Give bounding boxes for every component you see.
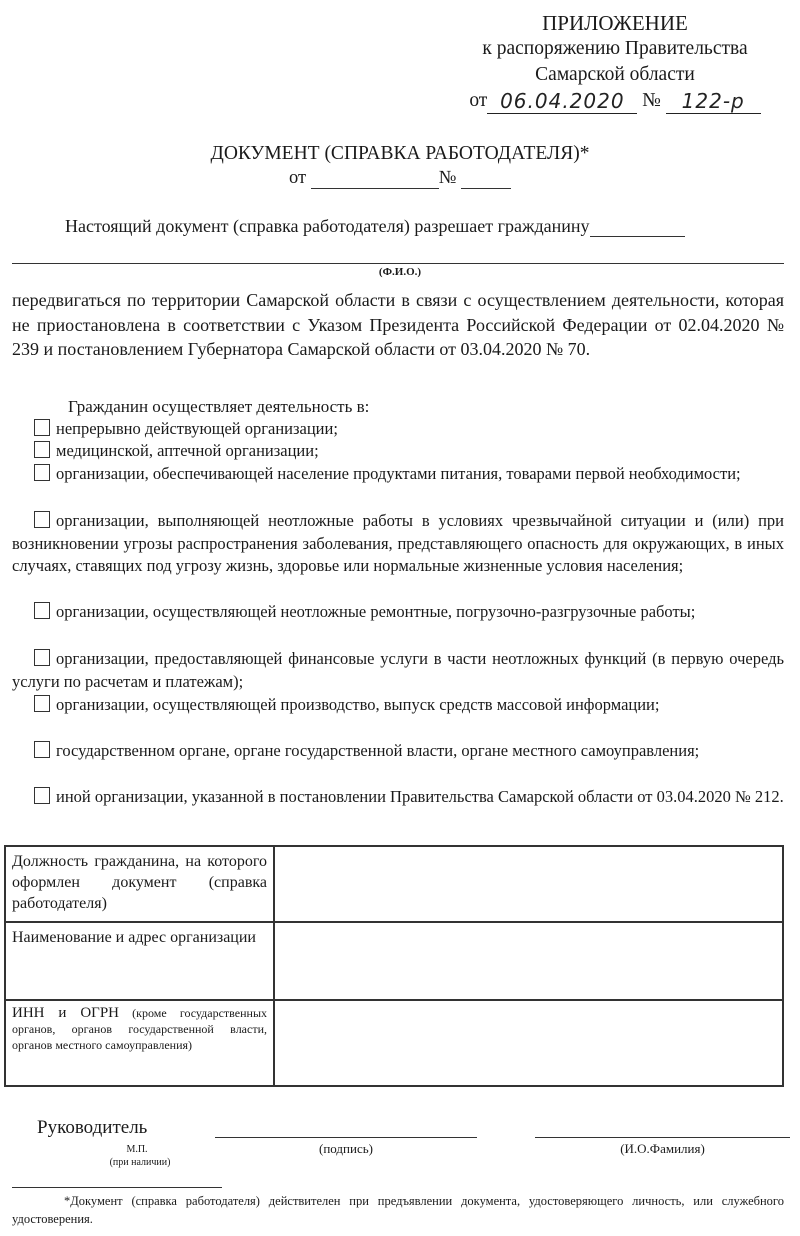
checkbox[interactable]: [34, 464, 50, 481]
appendix-date-value: 06.04.2020: [487, 89, 637, 114]
activity-option[interactable]: организации, осуществляющей производство…: [12, 694, 784, 717]
activity-option-label: организации, осуществляющей производство…: [56, 695, 659, 714]
activity-option-label: государственном органе, органе государст…: [56, 741, 699, 760]
organization-field[interactable]: [274, 922, 783, 1000]
inn-ogrn-label: ИНН и ОГРН (кроме государственных органо…: [5, 1000, 274, 1086]
activity-option[interactable]: организации, предоставляющей финансовые …: [12, 648, 784, 693]
appendix-line-2: Самарской области: [430, 62, 800, 88]
signature-label: (подпись): [215, 1141, 477, 1157]
signature-head: Руководитель: [37, 1117, 147, 1139]
document-date-field[interactable]: [311, 170, 439, 189]
appendix-header: ПРИЛОЖЕНИЕ к распоряжению Правительства …: [430, 10, 800, 114]
employee-info-table: Должность гражданина, на которого оформл…: [4, 845, 784, 1087]
table-row: Должность гражданина, на которого оформл…: [5, 846, 783, 922]
position-field[interactable]: [274, 846, 783, 922]
intro-text: Настоящий документ (справка работодателя…: [65, 216, 590, 236]
activity-option[interactable]: государственном органе, органе государст…: [12, 740, 784, 763]
checkbox[interactable]: [34, 649, 50, 666]
activity-option-label: организации, выполняющей неотложные рабо…: [12, 511, 784, 575]
document-date-number-row: от №: [0, 168, 800, 189]
fio-label: (Ф.И.О.): [0, 266, 800, 278]
appendix-title: ПРИЛОЖЕНИЕ: [430, 10, 800, 36]
citizen-name-field[interactable]: [12, 263, 784, 264]
table-row: ИНН и ОГРН (кроме государственных органо…: [5, 1000, 783, 1086]
position-label: Должность гражданина, на которого оформл…: [5, 846, 274, 922]
activity-option[interactable]: иной организации, указанной в постановле…: [12, 786, 784, 809]
footnote-divider: [12, 1187, 222, 1188]
organization-label: Наименование и адрес организации: [5, 922, 274, 1000]
checkbox[interactable]: [34, 695, 50, 712]
stamp-note: (при наличии): [90, 1157, 190, 1168]
checkbox[interactable]: [34, 441, 50, 458]
appendix-line-1: к распоряжению Правительства: [430, 36, 800, 62]
activity-option-label: организации, обеспечивающей население пр…: [56, 464, 741, 483]
name-field[interactable]: [535, 1137, 790, 1138]
activity-option-label: непрерывно действующей организации;: [56, 419, 338, 438]
activity-lead: Гражданин осуществляет деятельность в:: [68, 397, 369, 417]
appendix-date-row: от06.04.2020 № 122-р: [430, 88, 800, 114]
checkbox[interactable]: [34, 419, 50, 436]
document-title: ДОКУМЕНТ (СПРАВКА РАБОТОДАТЕЛЯ)*: [0, 143, 800, 165]
activity-option[interactable]: организации, выполняющей неотложные рабо…: [12, 510, 784, 578]
activity-option-label: организации, осуществляющей неотложные р…: [56, 602, 695, 621]
footnote: *Документ (справка работодателя) действи…: [12, 1192, 784, 1228]
permission-text: передвигаться по территории Самарской об…: [12, 288, 784, 362]
document-number-prefix: №: [439, 168, 457, 188]
activity-option-label: иной организации, указанной в постановле…: [56, 787, 784, 806]
appendix-number-prefix: №: [642, 90, 661, 111]
checkbox[interactable]: [34, 787, 50, 804]
activity-option-label: организации, предоставляющей финансовые …: [12, 649, 784, 691]
checkbox[interactable]: [34, 602, 50, 619]
inn-ogrn-field[interactable]: [274, 1000, 783, 1086]
activity-option[interactable]: организации, осуществляющей неотложные р…: [12, 601, 784, 624]
citizen-name-field-start[interactable]: [590, 218, 685, 237]
document-number-field[interactable]: [461, 170, 511, 189]
footnote-text: *Документ (справка работодателя) действи…: [12, 1194, 784, 1226]
activity-option-label: медицинской, аптечной организации;: [56, 441, 319, 460]
intro-row: Настоящий документ (справка работодателя…: [65, 216, 685, 237]
activity-option[interactable]: непрерывно действующей организации;: [12, 418, 784, 441]
checkbox[interactable]: [34, 511, 50, 528]
activity-option[interactable]: медицинской, аптечной организации;: [12, 440, 784, 463]
name-label: (И.О.Фамилия): [535, 1141, 790, 1157]
signature-field[interactable]: [215, 1137, 477, 1138]
checkbox[interactable]: [34, 741, 50, 758]
appendix-number-value: 122-р: [666, 89, 761, 114]
document-date-prefix: от: [289, 168, 306, 188]
stamp-label: М.П.: [112, 1144, 162, 1155]
inn-ogrn-label-main: ИНН и ОГРН: [12, 1005, 119, 1021]
appendix-date-prefix: от: [469, 90, 487, 111]
activity-option[interactable]: организации, обеспечивающей население пр…: [12, 463, 784, 486]
table-row: Наименование и адрес организации: [5, 922, 783, 1000]
